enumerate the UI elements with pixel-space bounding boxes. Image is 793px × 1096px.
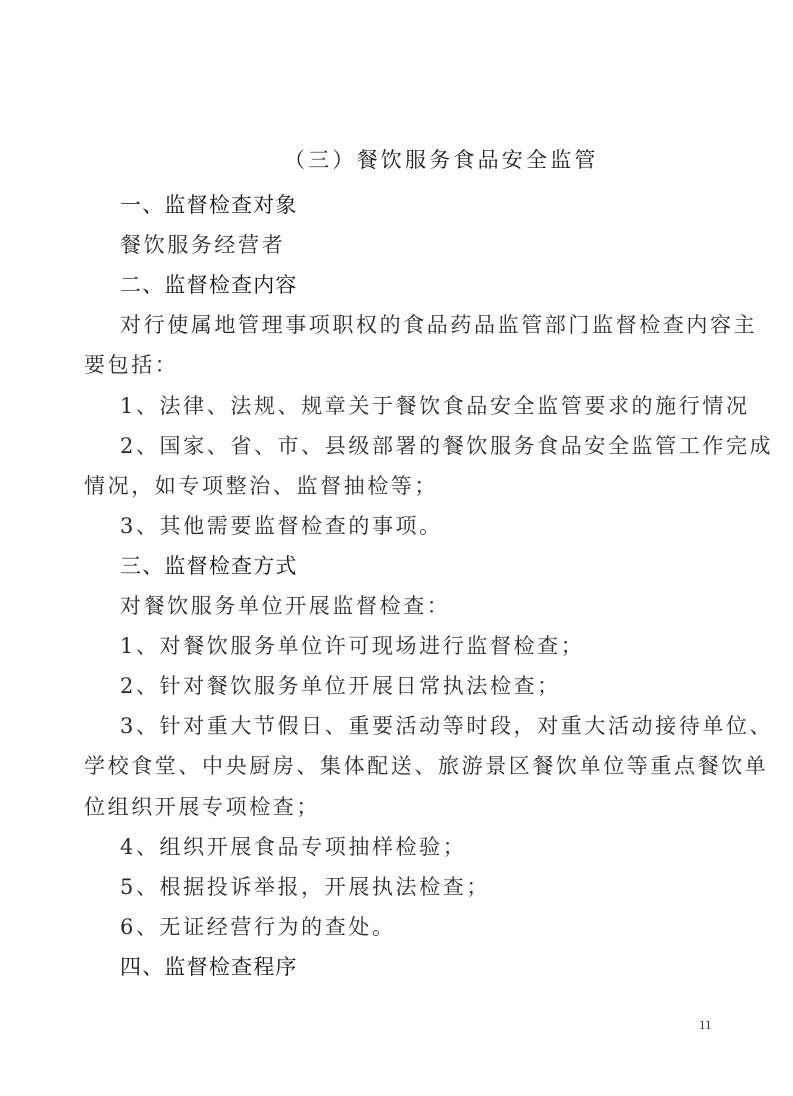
list-item: 6、无证经营行为的查处。 [120, 913, 396, 941]
paragraph-line: 对餐饮服务单位开展监督检查： [120, 592, 450, 620]
list-item: 2、针对餐饮服务单位开展日常执法检查； [120, 672, 561, 700]
list-item: 4、组织开展食品专项抽样检验； [120, 833, 466, 861]
section-heading-2: 二、监督检查内容 [120, 271, 298, 299]
list-item: 3、其他需要监督检查的事项。 [120, 512, 443, 540]
page-number: 11 [699, 1017, 712, 1033]
section-heading-3: 三、监督检查方式 [120, 552, 298, 580]
paragraph-line: 餐饮服务经营者 [120, 231, 285, 259]
paragraph-line: 位组织开展专项检查； [84, 793, 320, 821]
section-heading-1: 一、监督检查对象 [120, 191, 298, 219]
list-item: 2、国家、省、市、县级部署的餐饮服务食品安全监管工作完成 [120, 432, 773, 460]
list-item: 5、根据投诉举报，开展执法检查； [120, 873, 490, 901]
paragraph-line: 要包括： [84, 351, 178, 379]
paragraph-line: 学校食堂、中央厨房、集体配送、旅游景区餐饮单位等重点餐饮单 [84, 752, 768, 780]
list-item: 1、法律、法规、规章关于餐饮食品安全监管要求的施行情况 [120, 392, 750, 420]
list-item: 3、针对重大节假日、重要活动等时段，对重大活动接待单位、 [120, 712, 773, 740]
document-page: （三）餐饮服务食品安全监管 一、监督检查对象 餐饮服务经营者 二、监督检查内容 … [0, 0, 793, 1096]
section-heading-4: 四、监督检查程序 [120, 953, 298, 981]
paragraph-line: 对行使属地管理事项职权的食品药品监管部门监督检查内容主 [120, 311, 757, 339]
paragraph-line: 情况，如专项整治、监督抽检等； [84, 472, 438, 500]
list-item: 1、对餐饮服务单位许可现场进行监督检查； [120, 632, 584, 660]
document-title: （三）餐饮服务食品安全监管 [284, 146, 599, 174]
